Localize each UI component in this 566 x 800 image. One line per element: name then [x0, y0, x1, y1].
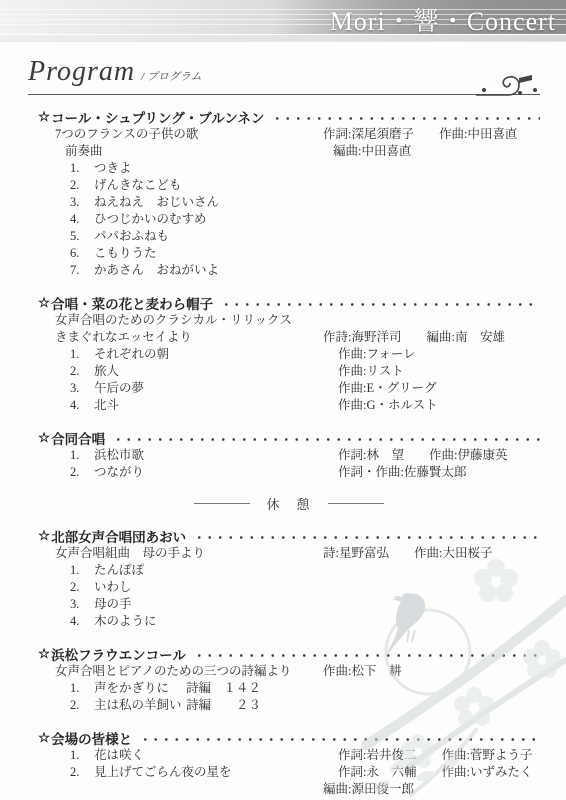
- song-cell: 1.浜松市歌: [38, 447, 338, 464]
- credit-text: 編曲:中田喜直: [333, 143, 411, 160]
- section-heading: ☆合唱・菜の花と麦わら帽子: [38, 294, 540, 312]
- song-cell: 2.見上げてごらん夜の星を: [38, 764, 338, 781]
- song-title: 女声合唱のためのクラシカル・リリックス: [55, 312, 292, 329]
- credit-text: 作曲:G・ホルスト: [338, 397, 438, 414]
- song-title: ひつじかいのむすめ: [94, 211, 207, 228]
- program-row: 2.旅人作曲:リスト: [38, 363, 540, 380]
- program-row: 3.午后の夢作曲:E・グリーグ: [38, 380, 540, 397]
- section-heading: ☆会場の皆様と: [38, 729, 540, 747]
- song-cell: 1.たんぽぽ: [38, 562, 338, 579]
- credit-text: 作詩:海野洋司 編曲:南 安雄: [323, 329, 505, 346]
- program-row: 女声合唱組曲 母の手より詩:星野富弘 作曲:大田桜子: [38, 545, 540, 562]
- program-row: 4.木のように: [38, 613, 540, 630]
- credit-text: 作曲:フォーレ: [338, 346, 416, 363]
- section-heading: ☆浜松フラウエンコール: [38, 645, 540, 663]
- song-cell: 7.かあさん おねがいよ: [38, 262, 338, 279]
- song-cell: 1.花は咲く: [38, 747, 338, 764]
- song-title: 浜松市歌: [94, 447, 144, 464]
- program-list: ☆コール・シュプリング・ブルンネン7つのフランスの子供の歌作詞:深尾須磨子 作曲…: [0, 95, 566, 798]
- program-row: 1.つきよ: [38, 160, 540, 177]
- program-row: 2.つながり作詞・作曲:佐藤賢太郎: [38, 464, 540, 481]
- song-cell: 3.母の手: [38, 596, 338, 613]
- psalm-note: 詩編 ２３: [186, 697, 261, 714]
- program-row: 2.いわし: [38, 579, 540, 596]
- section-heading: ☆コール・シュプリング・ブルンネン: [38, 108, 540, 126]
- dot-leader: [194, 653, 540, 658]
- credit-text: 作詞:林 望 作曲:伊藤康英: [338, 447, 507, 464]
- item-number: 7.: [70, 262, 94, 279]
- song-cell: [38, 781, 323, 798]
- intermission-label: 休 憩: [266, 494, 311, 513]
- song-title: 花は咲く: [94, 747, 144, 764]
- song-cell: 2.つながり: [38, 464, 338, 481]
- credit-text: 作詞:永 六輔 作曲:いずみたく: [338, 764, 532, 781]
- item-number: 5.: [70, 228, 94, 245]
- header-banner: Mori・響・Concert: [0, 0, 566, 35]
- song-title: つきよ: [94, 160, 132, 177]
- star-icon: ☆: [38, 109, 50, 125]
- item-number: 2.: [70, 697, 94, 714]
- program-section: ☆合唱・菜の花と麦わら帽子女声合唱のためのクラシカル・リリックスきまぐれなエッセ…: [38, 294, 540, 414]
- section-title: 会場の皆様と: [51, 728, 132, 748]
- song-title: 木のように: [94, 613, 157, 630]
- song-cell: 女声合唱とピアノのための三つの詩編より: [38, 663, 323, 680]
- song-title: かあさん おねがいよ: [94, 262, 219, 279]
- credit-text: 作曲:松下 耕: [323, 663, 401, 680]
- item-number: 1.: [70, 680, 94, 697]
- program-row: 1.それぞれの朝作曲:フォーレ: [38, 346, 540, 363]
- item-number: 1.: [70, 447, 94, 464]
- section-title: 北部女声合唱団あおい: [51, 526, 186, 546]
- song-cell: 7つのフランスの子供の歌: [38, 126, 323, 143]
- credit-text: 作曲:リスト: [338, 363, 404, 380]
- program-row: 1.浜松市歌作詞:林 望 作曲:伊藤康英: [38, 447, 540, 464]
- song-title: それぞれの朝: [94, 346, 169, 363]
- section-title: コール・シュプリング・ブルンネン: [51, 107, 264, 127]
- program-row: 編曲:源田俊一郎: [38, 781, 540, 798]
- song-title: 旅人: [94, 363, 119, 380]
- program-row: きまぐれなエッセイより作詩:海野洋司 編曲:南 安雄: [38, 329, 540, 346]
- program-section: ☆コール・シュプリング・ブルンネン7つのフランスの子供の歌作詞:深尾須磨子 作曲…: [38, 108, 540, 279]
- dot-leader: [194, 535, 540, 540]
- dot-leader: [113, 437, 540, 442]
- item-number: 4.: [70, 397, 94, 414]
- item-number: 2.: [70, 764, 94, 781]
- song-cell: きまぐれなエッセイより: [38, 329, 323, 346]
- song-cell: 5.パパおふねも: [38, 228, 338, 245]
- program-row: 1.たんぽぽ: [38, 562, 540, 579]
- credit-text: 作曲:E・グリーグ: [338, 380, 437, 397]
- song-cell: 2.いわし: [38, 579, 338, 596]
- star-icon: ☆: [38, 528, 50, 544]
- song-cell: 4.北斗: [38, 397, 338, 414]
- program-row: 3.ねえねえ おじいさん: [38, 194, 540, 211]
- song-cell: 3.ねえねえ おじいさん: [38, 194, 338, 211]
- song-cell: 1.つきよ: [38, 160, 338, 177]
- program-row: 女声合唱のためのクラシカル・リリックス: [38, 312, 540, 329]
- item-number: 1.: [70, 747, 94, 764]
- item-number: 6.: [70, 245, 94, 262]
- star-icon: ☆: [38, 295, 50, 311]
- credit-text: 作詞・作曲:佐藤賢太郎: [338, 464, 466, 481]
- song-cell: 女声合唱組曲 母の手より: [38, 545, 323, 562]
- song-title: 7つのフランスの子供の歌: [55, 126, 198, 143]
- program-section: ☆合同合唱1.浜松市歌作詞:林 望 作曲:伊藤康英2.つながり作詞・作曲:佐藤賢…: [38, 429, 540, 481]
- item-number: 4.: [70, 613, 94, 630]
- program-row: 5.パパおふねも: [38, 228, 540, 245]
- program-row: 女声合唱とピアノのための三つの詩編より作曲:松下 耕: [38, 663, 540, 680]
- item-number: 2.: [70, 177, 94, 194]
- credit-text: 詩:星野富弘 作曲:大田桜子: [323, 545, 492, 562]
- song-title: 午后の夢: [94, 380, 144, 397]
- song-title: 声をかぎりに: [94, 680, 186, 697]
- song-title: 女声合唱組曲 母の手より: [55, 545, 205, 562]
- song-title: ねえねえ おじいさん: [94, 194, 219, 211]
- song-title: きまぐれなエッセイより: [55, 329, 192, 346]
- song-cell: 6.こもりうた: [38, 245, 338, 262]
- star-icon: ☆: [38, 730, 50, 746]
- song-cell: 前奏曲: [38, 143, 333, 160]
- program-row: 3.母の手: [38, 596, 540, 613]
- section-title: 合同合唱: [51, 428, 105, 448]
- program-section: ☆北部女声合唱団あおい女声合唱組曲 母の手より詩:星野富弘 作曲:大田桜子1.た…: [38, 527, 540, 630]
- song-title: たんぽぽ: [94, 562, 144, 579]
- item-number: 3.: [70, 194, 94, 211]
- dot-leader: [221, 302, 540, 307]
- section-heading: ☆合同合唱: [38, 429, 540, 447]
- item-number: 1.: [70, 160, 94, 177]
- song-cell: 2.主は私の羊飼い詩編 ２３: [38, 697, 338, 714]
- section-heading: ☆北部女声合唱団あおい: [38, 527, 540, 545]
- song-cell: 4.木のように: [38, 613, 338, 630]
- song-cell: 3.午后の夢: [38, 380, 338, 397]
- intermission: 休 憩: [38, 494, 540, 512]
- song-title: 前奏曲: [65, 143, 103, 160]
- song-cell: 1.声をかぎりに詩編 １４２: [38, 680, 338, 697]
- program-row: 7.かあさん おねがいよ: [38, 262, 540, 279]
- program-row: 前奏曲編曲:中田喜直: [38, 143, 540, 160]
- song-title: 北斗: [94, 397, 119, 414]
- song-title: 主は私の羊飼い: [94, 697, 186, 714]
- program-row: 2.見上げてごらん夜の星を作詞:永 六輔 作曲:いずみたく: [38, 764, 540, 781]
- item-number: 1.: [70, 346, 94, 363]
- item-number: 1.: [70, 562, 94, 579]
- program-row: 1.声をかぎりに詩編 １４２: [38, 680, 540, 697]
- music-swirl-icon: [474, 68, 538, 100]
- program-row: 7つのフランスの子供の歌作詞:深尾須磨子 作曲:中田喜直: [38, 126, 540, 143]
- credit-text: 編曲:源田俊一郎: [323, 781, 414, 798]
- song-cell: 2.げんきなこども: [38, 177, 338, 194]
- star-icon: ☆: [38, 646, 50, 662]
- song-cell: 2.旅人: [38, 363, 338, 380]
- song-cell: 4.ひつじかいのむすめ: [38, 211, 338, 228]
- program-row: 1.花は咲く作詞:岩井俊二 作曲:菅野よう子: [38, 747, 540, 764]
- section-title: 浜松フラウエンコール: [51, 644, 186, 664]
- intermission-line: [194, 503, 250, 504]
- song-cell: 1.それぞれの朝: [38, 346, 338, 363]
- program-row: 4.ひつじかいのむすめ: [38, 211, 540, 228]
- song-title: いわし: [94, 579, 132, 596]
- song-title: つながり: [94, 464, 144, 481]
- credit-text: 作詞:岩井俊二 作曲:菅野よう子: [338, 747, 532, 764]
- program-row: 2.げんきなこども: [38, 177, 540, 194]
- song-title: こもりうた: [94, 245, 157, 262]
- program-section: ☆浜松フラウエンコール女声合唱とピアノのための三つの詩編より作曲:松下 耕1.声…: [38, 645, 540, 714]
- song-title: 見上げてごらん夜の星を: [94, 764, 232, 781]
- program-section: ☆会場の皆様と1.花は咲く作詞:岩井俊二 作曲:菅野よう子2.見上げてごらん夜の…: [38, 729, 540, 798]
- program-title: Program: [28, 56, 135, 87]
- section-title: 合唱・菜の花と麦わら帽子: [51, 293, 213, 313]
- dot-leader: [140, 737, 540, 742]
- program-row: 2.主は私の羊飼い詩編 ２３: [38, 697, 540, 714]
- item-number: 2.: [70, 363, 94, 380]
- item-number: 4.: [70, 211, 94, 228]
- item-number: 3.: [70, 380, 94, 397]
- program-header: Program/ プログラム: [28, 56, 540, 95]
- program-subtitle: / プログラム: [141, 71, 202, 83]
- dot-leader: [272, 116, 540, 121]
- song-title: げんきなこども: [94, 177, 182, 194]
- song-title: 女声合唱とピアノのための三つの詩編より: [55, 663, 292, 680]
- song-title: 母の手: [94, 596, 132, 613]
- star-icon: ☆: [38, 430, 50, 446]
- credit-text: 作詞:深尾須磨子 作曲:中田喜直: [323, 126, 517, 143]
- program-row: 6.こもりうた: [38, 245, 540, 262]
- item-number: 3.: [70, 596, 94, 613]
- psalm-note: 詩編 １４２: [186, 680, 261, 697]
- concert-title: Mori・響・Concert: [330, 1, 556, 38]
- song-title: パパおふねも: [94, 228, 169, 245]
- item-number: 2.: [70, 464, 94, 481]
- intermission-line: [328, 503, 384, 504]
- item-number: 2.: [70, 579, 94, 596]
- song-cell: 女声合唱のためのクラシカル・リリックス: [38, 312, 323, 329]
- program-row: 4.北斗作曲:G・ホルスト: [38, 397, 540, 414]
